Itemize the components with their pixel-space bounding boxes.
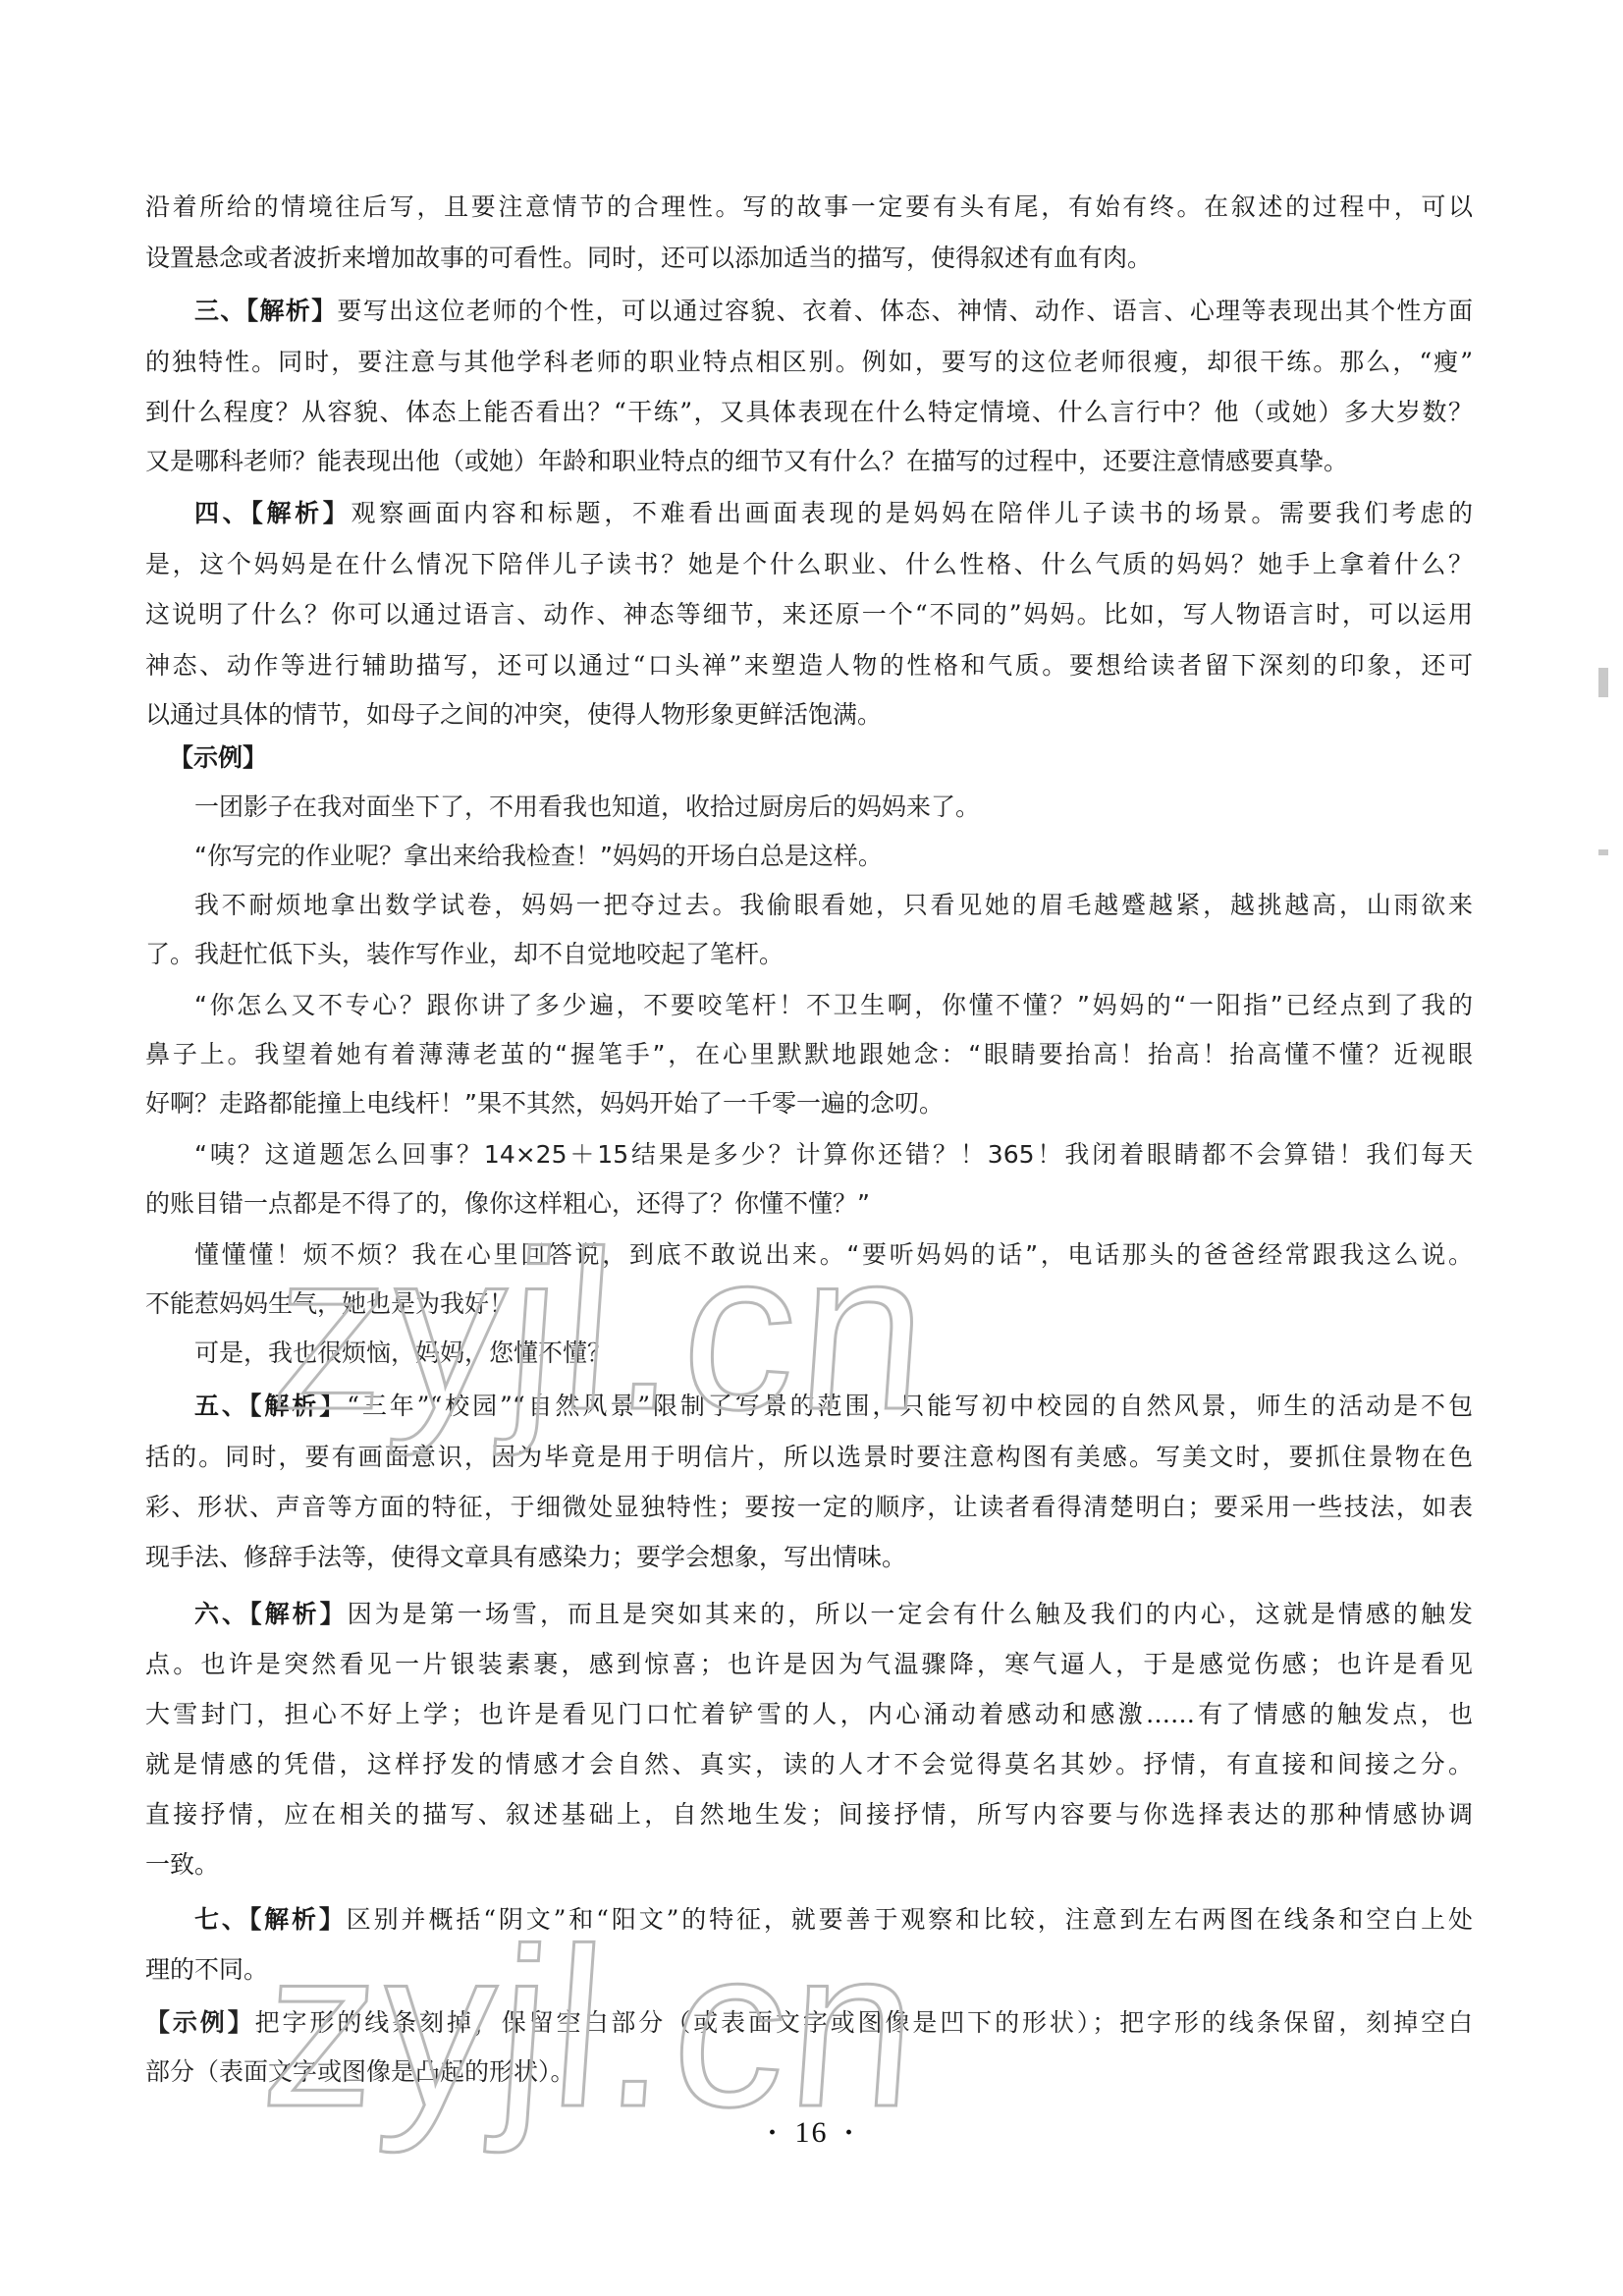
section-5-first-line: 五、【解析】“三年”“校园”“自然风景”限制了写景的范围，只能写初中校园的自然风… xyxy=(145,1387,1473,1426)
paragraph-line: 的独特性。同时，要注意与其他学科老师的职业特点相区别。例如，要写的这位老师很瘦，… xyxy=(145,343,1473,382)
paragraph-line: 就是情感的凭借，这样抒发的情感才会自然、真实，读的人才不会觉得莫名其妙。抒情，有… xyxy=(145,1745,1473,1784)
paragraph-line: 理的不同。 xyxy=(145,1950,1473,1990)
example-tag: 【示例】 xyxy=(169,743,267,772)
section-number: 三、 xyxy=(194,297,246,325)
paragraph-text: 区别并概括“阴文”和“阳文”的特征，就要善于观察和比较，注意到左右两图在线条和空… xyxy=(347,1905,1473,1934)
section-number: 五、 xyxy=(194,1392,249,1420)
example-line: 部分（表面文字或图像是凸起的形状）。 xyxy=(145,2052,1473,2092)
paragraph-text: “三年”“校园”“自然风景”限制了写景的范围，只能写初中校园的自然风景，师生的活… xyxy=(347,1392,1473,1420)
example-line: “你怎么又不专心？跟你讲了多少遍，不要咬笔杆！不卫生啊，你懂不懂？”妈妈的“一阳… xyxy=(145,986,1473,1025)
paragraph-line: 现手法、修辞手法等，使得文章具有感染力；要学会想象，写出情味。 xyxy=(145,1538,1473,1577)
paragraph-text: 要写出这位老师的个性，可以通过容貌、衣着、体态、神情、动作、语言、心理等表现出其… xyxy=(337,297,1473,325)
page-number: ·16· xyxy=(0,2116,1623,2150)
section-6-first-line: 六、【解析】因为是第一场雪，而且是突如其来的，所以一定会有什么触及我们的内心，这… xyxy=(145,1595,1473,1634)
analysis-tag: 【解析】 xyxy=(249,1905,347,1934)
paragraph-line: 设置悬念或者波折来增加故事的可看性。同时，还可以添加适当的描写，使得叙述有血有肉… xyxy=(145,239,1473,278)
page-number-value: 16 xyxy=(795,2116,829,2149)
example-line: 的账目错一点都是不得了的，像你这样粗心，还得了？你懂不懂？” xyxy=(145,1184,1473,1224)
paragraph-line: 点。也许是突然看见一片银装素裹，感到惊喜；也许是因为气温骤降，寒气逼人，于是感觉… xyxy=(145,1645,1473,1684)
example-line: 我不耐烦地拿出数学试卷，妈妈一把夺过去。我偷眼看她，只看见她的眉毛越蹙越紧，越挑… xyxy=(145,886,1473,925)
section-7-first-line: 七、【解析】区别并概括“阴文”和“阳文”的特征，就要善于观察和比较，注意到左右两… xyxy=(145,1900,1473,1940)
paragraph-line: 沿着所给的情境往后写，且要注意情节的合理性。写的故事一定要有头有尾，有始有终。在… xyxy=(145,188,1473,227)
analysis-tag: 【解析】 xyxy=(246,297,338,325)
scan-artifact xyxy=(1598,668,1608,697)
example-line: 可是，我也很烦恼，妈妈，您懂不懂？ xyxy=(145,1334,1473,1373)
section-4-first-line: 四、【解析】观察画面内容和标题，不难看出画面表现的是妈妈在陪伴儿子读书的场景。需… xyxy=(145,494,1473,533)
example-line: 了。我赶忙低下头，装作写作业，却不自觉地咬起了笔杆。 xyxy=(145,935,1473,974)
paragraph-line: 是，这个妈妈是在什么情况下陪伴儿子读书？她是个什么职业、什么性格、什么气质的妈妈… xyxy=(145,545,1473,584)
section-number: 四、 xyxy=(194,499,250,527)
paragraph-line: 神态、动作等进行辅助描写，还可以通过“口头禅”来塑造人物的性格和气质。要想给读者… xyxy=(145,646,1473,685)
example-line: “你写完的作业呢？拿出来给我检查！”妈妈的开场白总是这样。 xyxy=(145,837,1473,876)
example-line: 一团影子在我对面坐下了，不用看我也知道，收拾过厨房后的妈妈来了。 xyxy=(145,788,1473,827)
paragraph-line: 到什么程度？从容貌、体态上能否看出？“干练”，又具体表现在什么特定情境、什么言行… xyxy=(145,393,1473,432)
example-heading: 【示例】 xyxy=(169,738,1496,778)
scan-artifact xyxy=(1598,849,1608,855)
paragraph-text: 观察画面内容和标题，不难看出画面表现的是妈妈在陪伴儿子读书的场景。需要我们考虑的 xyxy=(351,499,1473,527)
analysis-tag: 【解析】 xyxy=(249,1600,348,1628)
example-text: 把字形的线条刻掉，保留空白部分（或表面文字或图像是凹下的形状）；把字形的线条保留… xyxy=(255,2008,1473,2037)
section-number: 六、 xyxy=(194,1600,249,1628)
document-page: 沿着所给的情境往后写，且要注意情节的合理性。写的故事一定要有头有尾，有始有终。在… xyxy=(0,0,1623,2296)
paragraph-line: 括的。同时，要有画面意识，因为毕竟是用于明信片，所以选景时要注意构图有美感。写美… xyxy=(145,1438,1473,1477)
paragraph-line: 又是哪科老师？能表现出他（或她）年龄和职业特点的细节又有什么？在描写的过程中，还… xyxy=(145,442,1473,481)
example-line: “咦？这道题怎么回事？14×25＋15结果是多少？计算你还错？！365！我闭着眼… xyxy=(145,1135,1473,1175)
paragraph-line: 彩、形状、声音等方面的特征，于细微处显独特性；要按一定的顺序，让读者看得清楚明白… xyxy=(145,1488,1473,1527)
paragraph-line: 一致。 xyxy=(145,1845,1473,1885)
paragraph-text: 因为是第一场雪，而且是突如其来的，所以一定会有什么触及我们的内心，这就是情感的触… xyxy=(348,1600,1473,1628)
paragraph-line: 直接抒情，应在相关的描写、叙述基础上，自然地生发；间接抒情，所写内容要与你选择表… xyxy=(145,1795,1473,1834)
section-number: 七、 xyxy=(194,1905,249,1934)
analysis-tag: 【解析】 xyxy=(249,1392,347,1420)
example-line: 不能惹妈妈生气，她也是为我好！ xyxy=(145,1285,1473,1324)
paragraph-line: 大雪封门，担心不好上学；也许是看见门口忙着铲雪的人，内心涌动着感动和感激……有了… xyxy=(145,1695,1473,1734)
section-3-first-line: 三、【解析】要写出这位老师的个性，可以通过容貌、衣着、体态、神情、动作、语言、心… xyxy=(145,292,1473,331)
page-number-dot: · xyxy=(844,2116,856,2149)
example-line: 鼻子上。我望着她有着薄薄老茧的“握笔手”，在心里默默地跟她念：“眼睛要抬高！抬高… xyxy=(145,1035,1473,1074)
example-tag: 【示例】 xyxy=(145,2008,255,2037)
analysis-tag: 【解析】 xyxy=(250,499,351,527)
example-line: 好啊？走路都能撞上电线杆！”果不其然，妈妈开始了一千零一遍的念叨。 xyxy=(145,1084,1473,1123)
page-number-dot: · xyxy=(767,2116,779,2149)
paragraph-line: 这说明了什么？你可以通过语言、动作、神态等细节，来还原一个“不同的”妈妈。比如，… xyxy=(145,595,1473,634)
example-line: 懂懂懂！烦不烦？我在心里回答说，到底不敢说出来。“要听妈妈的话”，电话那头的爸爸… xyxy=(145,1235,1473,1275)
paragraph-line: 以通过具体的情节，如母子之间的冲突，使得人物形象更鲜活饱满。 xyxy=(145,695,1473,735)
example-line: 【示例】把字形的线条刻掉，保留空白部分（或表面文字或图像是凹下的形状）；把字形的… xyxy=(145,2003,1473,2043)
